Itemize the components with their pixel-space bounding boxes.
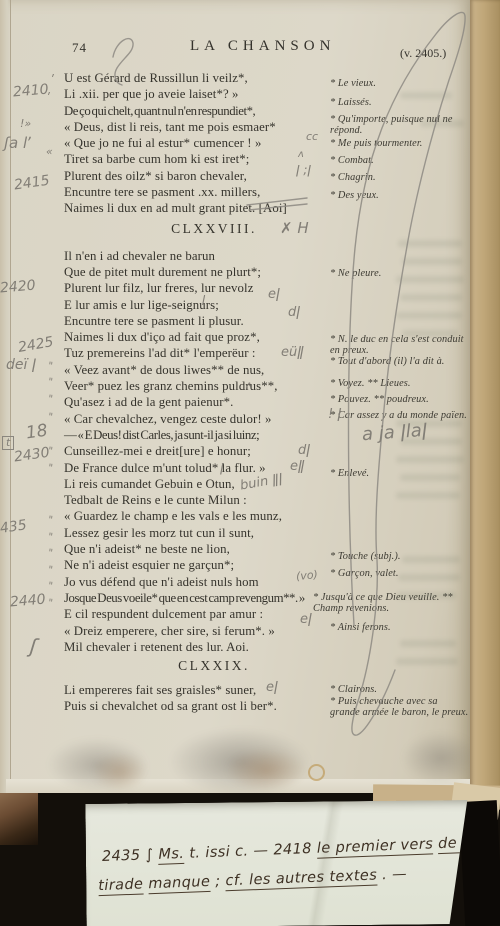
pencil-annotation: ʹ [50,74,53,86]
bottom-band: 2435 ∫ Ms. t. issi c. — 2418 le premier … [0,793,500,926]
note-text: cf. les autres textes [225,867,377,891]
pencil-annotation: ʌ [298,150,304,160]
margin-gloss: * Ainsi ferons. [330,622,391,633]
pencil-annotation: a ja ǀlaǀ [361,422,427,445]
ring-stain [308,764,325,781]
pencil-annotation: 435 [0,518,28,536]
bleedthrough [396,312,462,319]
bleedthrough [396,492,460,499]
pencil-annotation: ! ǀ [328,408,341,421]
pencil-annotation: 2410 [12,82,49,99]
margin-gloss: * Garçon, valet. [330,568,399,579]
stanza-heading: CLXXIX. [64,658,364,674]
stanza-heading: CLXXVIII. [64,221,364,237]
margin-gloss: * Puis chevauche avec sa grande armée le… [330,696,470,718]
margin-gloss: * Touche (subj.). [330,551,401,562]
pencil-annotation: ʹ [46,92,49,104]
margin-gloss: * Le vieux. [330,78,376,89]
pencil-annotation: deï ǀ [6,358,36,372]
pencil-annotation: eǀ [300,613,312,626]
pencil-annotation: ǀ ;ǀ [296,164,311,176]
verse-line: U est Gérard de Russillun li veilz*, [64,70,468,86]
pencil-annotation: eǁ [290,460,304,473]
margin-gloss: * Voyez. ** Lieues. [330,378,411,389]
verse-line: Naimes li dux en ad mult grant pitet. [A… [64,200,468,216]
book-scan: 74 LA CHANSON (v. 2405.) U est Gérard de… [0,0,500,926]
pencil-annotation: cc [306,131,318,142]
note-text: Ms. [158,846,185,865]
verse-line: Tiret sa barbe cum hom ki est iret*; [64,151,468,167]
margin-gloss: * Me puis tourmenter. [330,138,422,149]
stain [226,748,306,792]
bleedthrough [396,456,464,463]
bleedthrough [398,240,462,247]
bleedthrough [402,258,462,265]
bleedthrough [398,574,460,581]
pencil-annotation: ✗ H [280,221,309,236]
verse-line: Que n'i adeist* ne beste ne lion, [64,541,468,557]
bleedthrough [400,640,456,647]
note-paper: 2435 ∫ Ms. t. issi c. — 2418 le premier … [85,800,468,926]
margin-gloss: * Laissés. [330,97,372,108]
bleedthrough [396,658,458,665]
bleedthrough [402,330,458,337]
stain [92,752,148,792]
margin-gloss: * Tout d'abord (il) l'a dit à. [330,356,445,367]
verse-reference: (v. 2405.) [400,46,446,61]
pencil-annotation: eǀ [268,288,280,301]
margin-gloss: * Chagrin. [330,172,376,183]
page-title: LA CHANSON [190,38,335,55]
pencil-annotation: (vo) [296,569,319,582]
verse-line: « Guardez le champ e les vals e les munz… [64,508,468,524]
verse-line: Encuntre tere se pasment .xx. millers, [64,184,468,200]
bleedthrough [400,474,460,481]
note-text: t. issi c. — 2418 [184,841,317,862]
note-text: le premier vers [317,836,434,858]
pencil-annotation: 2420 [0,278,36,295]
verse-line: Lessez gesir les morz tut cun il sunt, [64,525,468,541]
pencil-annotation: eǀ [266,681,278,694]
pencil-annotation: ʃa lʼ [4,136,32,151]
adjacent-page-edge [470,0,500,792]
margin-gloss: * N. le duc en cela s'est conduit en pre… [330,334,470,356]
pencil-annotation: ǀ [202,294,205,305]
note-text: tirade [98,876,144,896]
bleedthrough [400,92,452,99]
note-text: manque [148,874,211,894]
pencil-annotation: dǀ [298,444,310,457]
margin-gloss: * Pouvez. ** poudreux. [330,394,429,405]
page-header: 74 LA CHANSON (v. 2405.) [0,36,470,62]
verse-line: « Dreiz emperere, cher sire, si ferum*. … [64,623,468,639]
handwritten-note-line: 2435 ∫ Ms. t. issi c. — 2418 le premier … [102,835,476,865]
page-number: 74 [72,40,87,56]
verse-area: U est Gérard de Russillun li veilz*,Li .… [64,70,468,715]
book-page: 74 LA CHANSON (v. 2405.) U est Gérard de… [0,0,470,797]
pencil-annotation: 18 [25,423,49,443]
pencil-annotation: dǀ [288,306,300,319]
page-left-edge [0,0,11,797]
margin-gloss: * Combat. [330,155,374,166]
pencil-annotation: t [2,436,14,450]
margin-gloss: * Enlevé. [330,468,369,479]
margin-gloss: * Ne pleure. [330,268,381,279]
pencil-annotation: « [46,146,53,157]
margin-gloss: * Clairons. [330,684,377,695]
bleedthrough [420,120,464,127]
bleedthrough [396,276,464,283]
note-text: 2435 ∫ [102,847,159,865]
handwritten-note-line: tirade manque ; cf. les autres textes . … [98,866,407,894]
margin-gloss: * Des yeux. [330,190,379,201]
pencil-annotation: !» [20,118,31,129]
black-gap [459,800,500,926]
pencil-annotation: 2440 [9,592,46,609]
bleedthrough [396,592,456,599]
pencil-annotation: eüǁ [281,346,304,359]
pencil-annotation: ǀ [220,462,224,474]
bleedthrough [400,294,462,301]
note-text: ; [210,873,226,890]
pencil-annotation: ʌ [246,381,252,391]
verse-line: Plurent des oilz* si baron chevaler, [64,168,468,184]
stain [402,732,480,784]
note-text: . — [377,866,408,883]
marbled-cover-corner [0,793,38,845]
bleedthrough [402,556,460,563]
